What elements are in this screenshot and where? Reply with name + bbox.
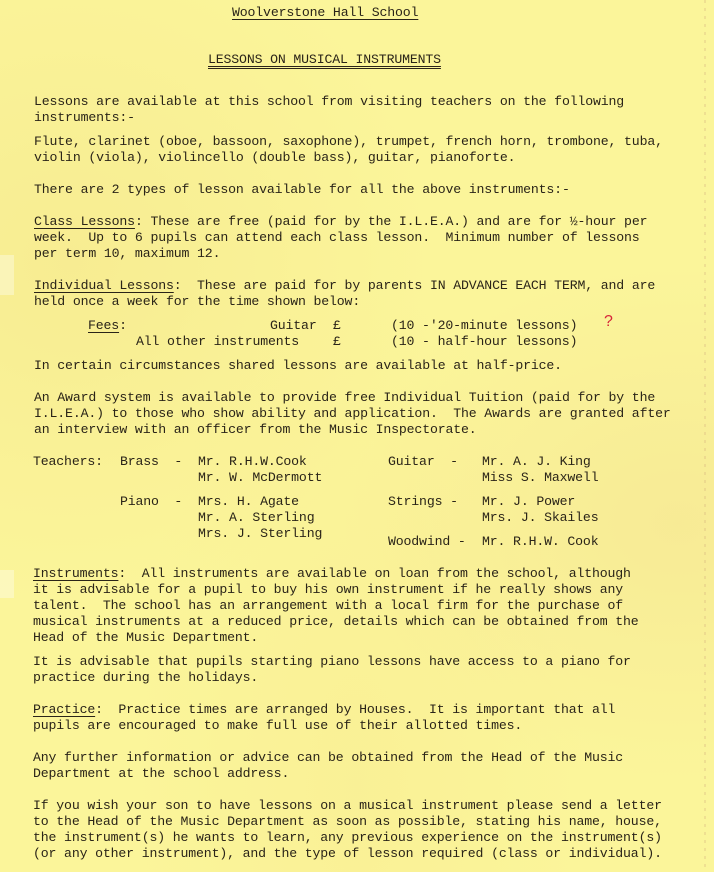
teacher-name: Mr. W. McDermott bbox=[198, 470, 322, 486]
individual-lessons-label: Individual Lessons bbox=[34, 278, 174, 293]
handwritten-annotation: ? bbox=[604, 314, 613, 330]
teacher-section: Piano - bbox=[120, 494, 182, 510]
school-name: Woolverstone Hall School bbox=[232, 5, 418, 21]
fee-currency: £ bbox=[333, 318, 341, 334]
intro-line: Lessons are available at this school fro… bbox=[34, 94, 624, 110]
award-line: an interview with an officer from the Mu… bbox=[34, 422, 477, 438]
intro-line: instruments:- bbox=[34, 110, 135, 126]
teacher-name: Mr. A. Sterling bbox=[198, 510, 314, 526]
instruments-line: Head of the Music Department. bbox=[33, 630, 258, 646]
further-info: Any further information or advice can be… bbox=[33, 750, 623, 766]
fee-currency: £ bbox=[333, 334, 341, 350]
class-lessons-paragraph: Class Lessons: These are free (paid for … bbox=[34, 214, 647, 230]
award-line: I.L.E.A.) to those who show ability and … bbox=[34, 406, 671, 422]
teacher-name: Mrs. J. Skailes bbox=[482, 510, 598, 526]
paper-fold-mark bbox=[0, 255, 14, 295]
lesson-types-intro: There are 2 types of lesson available fo… bbox=[34, 182, 570, 198]
teacher-name: Mrs. H. Agate bbox=[198, 494, 299, 510]
teacher-name: Mr. R.H.W.Cook bbox=[198, 454, 307, 470]
teacher-section: Woodwind - bbox=[388, 534, 466, 550]
teacher-name: Miss S. Maxwell bbox=[482, 470, 598, 486]
piano-advice: It is advisable that pupils starting pia… bbox=[33, 654, 631, 670]
teachers-label: Teachers: bbox=[33, 454, 103, 470]
practice-line: pupils are encouraged to make full use o… bbox=[33, 718, 522, 734]
closing-line: the instrument(s) he wants to learn, any… bbox=[33, 830, 662, 846]
perforation-edge bbox=[704, 0, 706, 872]
fees-label: Fees: bbox=[88, 318, 127, 334]
teacher-name: Mr. J. Power bbox=[482, 494, 575, 510]
practice-paragraph: Practice: Practice times are arranged by… bbox=[33, 702, 615, 718]
fee-instrument: All other instruments bbox=[136, 334, 299, 350]
document-title: LESSONS ON MUSICAL INSTRUMENTS bbox=[208, 52, 441, 68]
paper-fold-mark bbox=[0, 570, 14, 598]
teacher-section: Guitar - bbox=[388, 454, 458, 470]
instruments-paragraph: Instruments: All instruments are availab… bbox=[33, 566, 631, 582]
practice-label: Practice bbox=[33, 702, 95, 717]
teacher-name: Mrs. J. Sterling bbox=[198, 526, 322, 542]
individual-lessons-paragraph: Individual Lessons: These are paid for b… bbox=[34, 278, 655, 294]
fee-detail: (10 -'20-minute lessons) bbox=[391, 318, 577, 334]
closing-line: If you wish your son to have lessons on … bbox=[33, 798, 662, 814]
award-line: An Award system is available to provide … bbox=[34, 390, 655, 406]
teacher-section: Brass - bbox=[120, 454, 182, 470]
closing-line: to the Head of the Music Department as s… bbox=[33, 814, 662, 830]
piano-advice: practice during the holidays. bbox=[33, 670, 258, 686]
teacher-section: Strings - bbox=[388, 494, 458, 510]
instruments-label: Instruments bbox=[33, 566, 118, 581]
instruments-line: musical instruments at a reduced price, … bbox=[33, 614, 639, 630]
teacher-name: Mr. A. J. King bbox=[482, 454, 591, 470]
instruments-line: talent. The school has an arrangement wi… bbox=[33, 598, 623, 614]
instruments-list: violin (viola), violincello (double bass… bbox=[34, 150, 515, 166]
instruments-list: Flute, clarinet (oboe, bassoon, saxophon… bbox=[34, 134, 663, 150]
further-info: Department at the school address. bbox=[33, 766, 289, 782]
document-page: Woolverstone Hall School LESSONS ON MUSI… bbox=[0, 0, 714, 872]
closing-line: (or any other instrument), and the type … bbox=[33, 846, 662, 862]
class-lessons-label: Class Lessons bbox=[34, 214, 135, 229]
teacher-name: Mr. R.H.W. Cook bbox=[482, 534, 598, 550]
shared-lessons-note: In certain circumstances shared lessons … bbox=[34, 358, 562, 374]
individual-lessons-line: held once a week for the time shown belo… bbox=[34, 294, 360, 310]
fee-detail: (10 - half-hour lessons) bbox=[391, 334, 577, 350]
class-lessons-line: per term 10, maximum 12. bbox=[34, 246, 220, 262]
class-lessons-line: week. Up to 6 pupils can attend each cla… bbox=[34, 230, 640, 246]
fee-instrument: Guitar bbox=[270, 318, 317, 334]
instruments-line: it is advisable for a pupil to buy his o… bbox=[33, 582, 623, 598]
